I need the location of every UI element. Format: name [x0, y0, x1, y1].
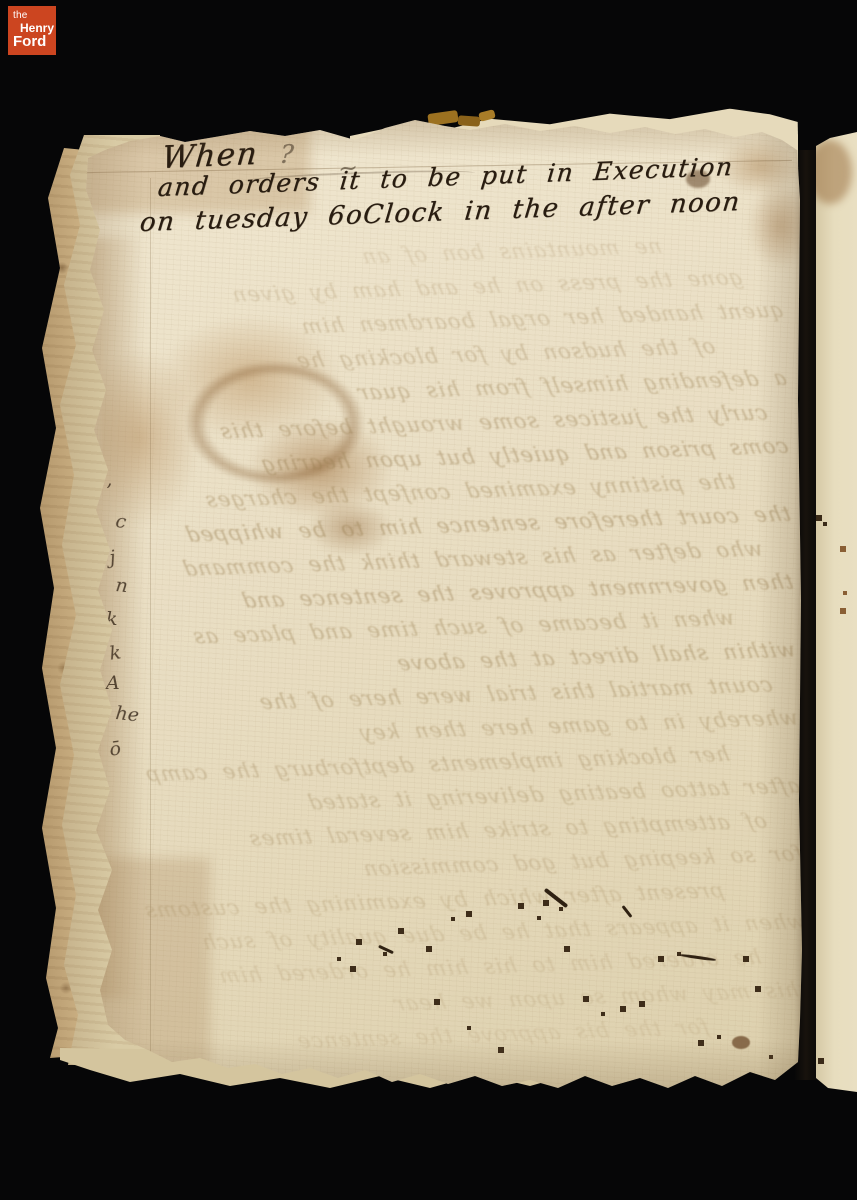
logo-text-ford: Ford — [13, 33, 46, 50]
sliver-ink-marks-brown — [816, 130, 818, 132]
residue-chip — [458, 115, 481, 127]
page-shading — [80, 118, 808, 1098]
photo-stage: the Henry Ford ne mountains bon of angon… — [0, 0, 857, 1200]
facing-page-sliver — [816, 130, 857, 1092]
henry-ford-logo: the Henry Ford — [8, 6, 56, 55]
sliver-ink-marks — [816, 130, 818, 132]
logo-text-the: the — [13, 10, 28, 21]
ink-specks — [80, 118, 82, 120]
manuscript-page-left: ne mountains bon of angone the press on … — [80, 118, 808, 1098]
